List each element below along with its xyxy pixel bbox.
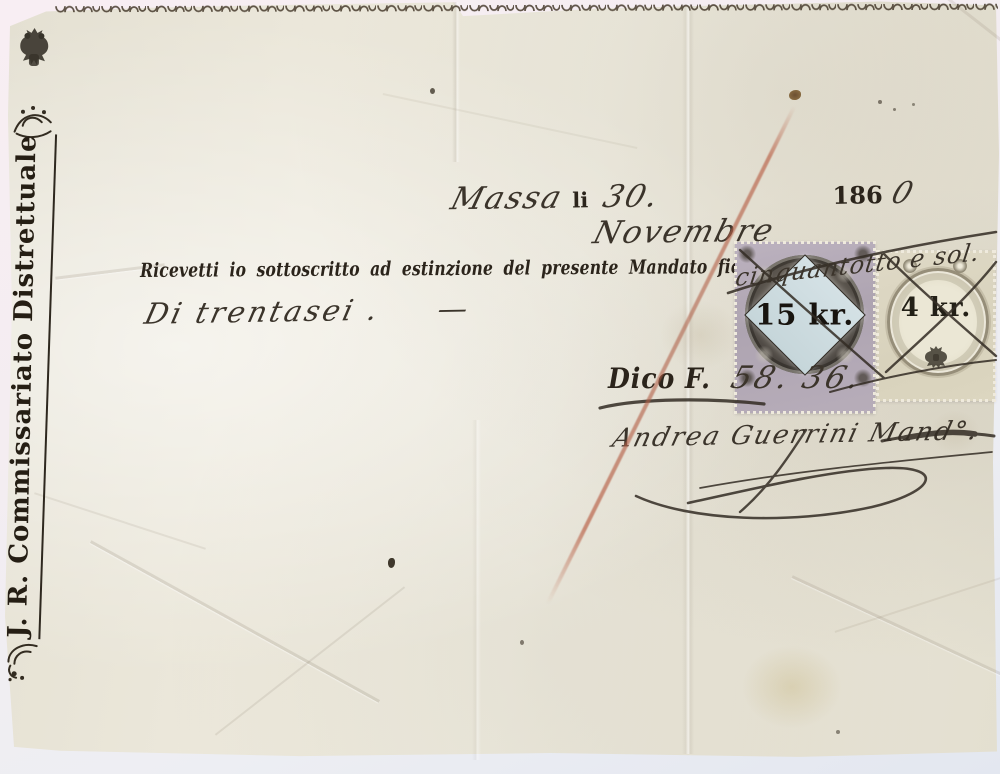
year-printed: 186: [832, 180, 883, 210]
office-vertical-title: J. R. Commissariato Distrettuale: [3, 126, 45, 639]
stamp-value-label: 15 kr.: [755, 298, 854, 332]
receipt-printed-line: Ricevetti io sottoscritto ad estinzione …: [140, 256, 652, 282]
amount-words-line2-text: Di trentasei .: [141, 293, 384, 331]
stamp-value-label: 4 kr.: [877, 293, 995, 323]
place-handwritten: Massa: [447, 180, 567, 218]
fleuron-ornament-icon: [0, 639, 43, 684]
imperial-eagle-crest-icon: [14, 24, 55, 77]
day-month-handwritten: 30. Novembre: [589, 176, 799, 251]
amount-words-line2-handwritten: Di trentasei .—: [141, 291, 471, 331]
double-eagle-icon: [921, 344, 951, 368]
li-printed-label: li: [572, 187, 588, 212]
dico-amount-handwritten: 58. 36.: [727, 360, 867, 396]
dico-amount-line: Dico F. 58. 36.: [608, 360, 862, 396]
ornamental-top-border: [54, 0, 998, 18]
